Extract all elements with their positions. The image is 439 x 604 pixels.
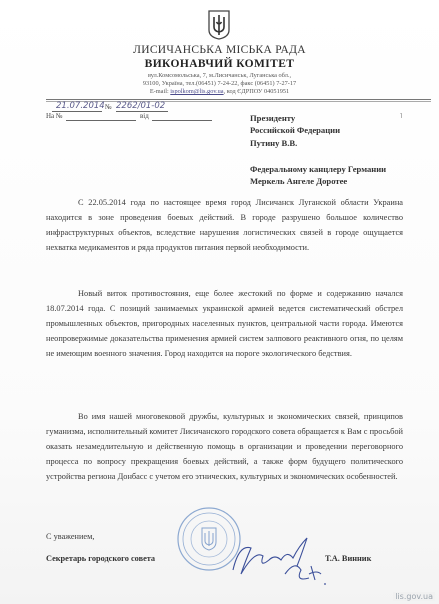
body-paragraph-2: Новый виток противостояния, еще более же… — [46, 286, 403, 361]
incoming-date-label: від — [140, 112, 149, 120]
incoming-number-blank — [66, 120, 136, 121]
contact-line: E-mail: ispolkom@lis.gov.ua, код ЄДРПОУ … — [0, 88, 439, 96]
signatory-title: Секретарь городского совета — [46, 554, 155, 563]
incoming-number-label: На № — [46, 112, 63, 120]
addressee-president: Президенту Российской Федерации Путину В… — [250, 112, 340, 149]
address-line-1: вул.Комсомольська, 7, м.Лисичанськ, Луга… — [0, 72, 439, 80]
outgoing-date: 21.07.2014 — [56, 101, 105, 111]
incoming-date-blank — [152, 120, 212, 121]
margin-mark: ˥ — [400, 114, 402, 120]
addressee-line: Путину В.В. — [250, 137, 340, 149]
outgoing-number: 2262/01-02 — [116, 101, 165, 111]
edrpou-code: , код ЄДРПОУ 04051951 — [224, 88, 290, 95]
addressee-line: Меркель Ангеле Доротее — [250, 175, 386, 187]
organization-committee: ВИКОНАВЧИЙ КОМІТЕТ — [0, 58, 439, 70]
letter-page: ЛИСИЧАНСЬКА МІСЬКА РАДА ВИКОНАВЧИЙ КОМІТ… — [0, 0, 439, 604]
signatory-name: Т.А. Винник — [325, 554, 371, 563]
email-link[interactable]: ispolkom@lis.gov.ua — [170, 88, 223, 95]
source-watermark: lis.gov.ua — [393, 592, 435, 601]
body-paragraph-1: С 22.05.2014 года по настоящее время гор… — [46, 195, 403, 255]
closing-salutation: С уважением, — [46, 532, 94, 541]
letterhead-divider — [46, 99, 431, 100]
addressee-line: Российской Федерации — [250, 124, 340, 136]
addressee-chancellor: Федеральному канцлеру Германии Меркель А… — [250, 163, 386, 188]
number-label: № — [105, 103, 112, 111]
trident-coat-of-arms-icon — [208, 10, 230, 40]
address-line-2: 93100, Україна, тел.(06451) 7-24-22, фак… — [0, 80, 439, 88]
body-paragraph-3: Во имя нашей многовековой дружбы, культу… — [46, 409, 403, 484]
addressee-line: Президенту — [250, 112, 340, 124]
handwritten-signature — [225, 530, 335, 590]
organization-name: ЛИСИЧАНСЬКА МІСЬКА РАДА — [0, 44, 439, 56]
addressee-line: Федеральному канцлеру Германии — [250, 163, 386, 175]
email-label: E-mail: — [150, 88, 170, 95]
